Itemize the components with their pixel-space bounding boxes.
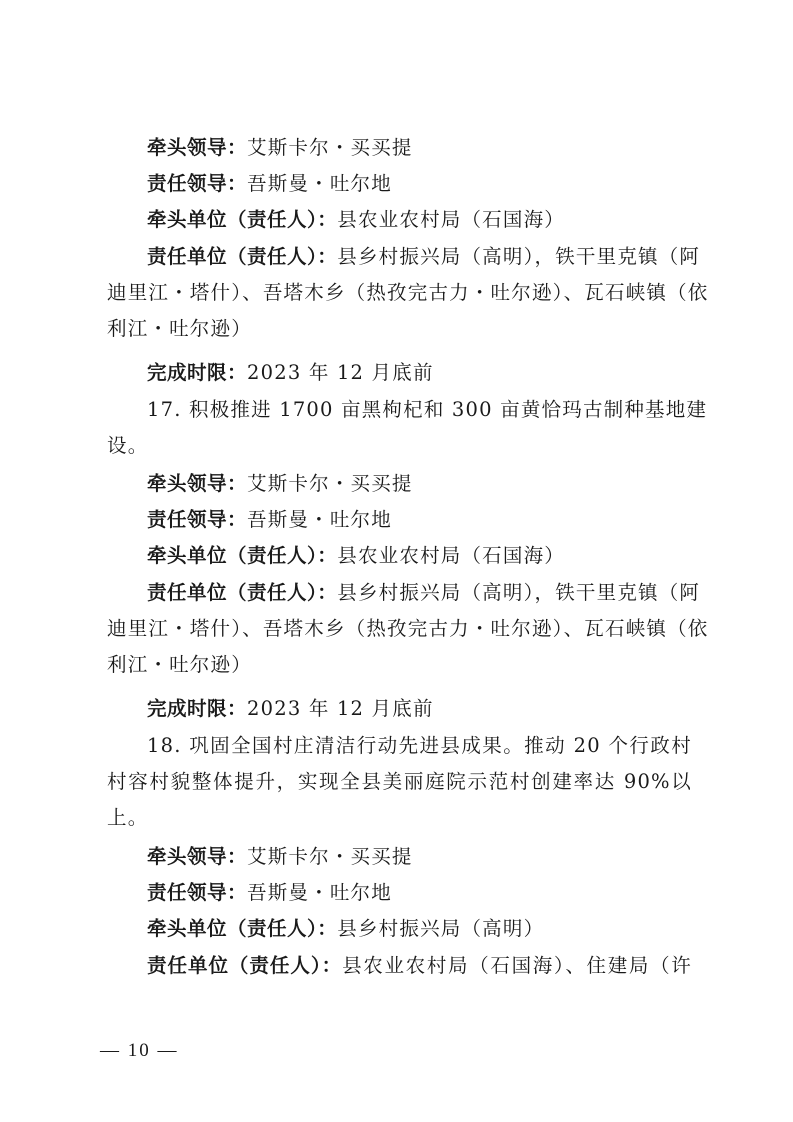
resp-unit-line: 责任单位（责任人）：县乡村振兴局（高明），铁干里克镇（阿 bbox=[147, 581, 692, 605]
lead-unit-label: 牵头单位（责任人）： bbox=[147, 917, 337, 940]
lead-leader-value: 艾斯卡尔・买买提 bbox=[247, 472, 413, 495]
page-number: — 10 — bbox=[100, 1040, 179, 1062]
resp-unit-continuation: 迪里江・塔什）、吾塔木乡（热孜完古力・吐尔逊）、瓦石峡镇（依 bbox=[107, 617, 692, 641]
lead-unit-label: 牵头单位（责任人）： bbox=[147, 208, 337, 231]
lead-unit-value: 县乡村振兴局（高明） bbox=[337, 917, 544, 940]
resp-unit-line: 责任单位（责任人）：县乡村振兴局（高明），铁干里克镇（阿 bbox=[147, 245, 692, 269]
lead-leader-label: 牵头领导： bbox=[147, 136, 247, 159]
deadline-line: 完成时限：2023 年 12 月底前 bbox=[147, 697, 434, 721]
item-18-text-continuation: 村容村貌整体提升，实现全县美丽庭院示范村创建率达 90%以 bbox=[107, 770, 692, 794]
resp-leader-line: 责任领导：吾斯曼・吐尔地 bbox=[147, 172, 392, 196]
deadline-label: 完成时限： bbox=[147, 697, 247, 720]
deadline-line: 完成时限：2023 年 12 月底前 bbox=[147, 361, 434, 385]
resp-unit-line: 责任单位（责任人）：县农业农村局（石国海）、住建局（许 bbox=[147, 954, 692, 978]
lead-unit-value: 县农业农村局（石国海） bbox=[337, 544, 565, 567]
lead-leader-line: 牵头领导：艾斯卡尔・买买提 bbox=[147, 472, 413, 496]
item-18-text: 18. 巩固全国村庄清洁行动先进县成果。推动 20 个行政村 bbox=[147, 734, 692, 758]
deadline-value: 2023 年 12 月底前 bbox=[247, 361, 434, 384]
deadline-value: 2023 年 12 月底前 bbox=[247, 697, 434, 720]
lead-leader-label: 牵头领导： bbox=[147, 845, 247, 868]
resp-unit-value: 县乡村振兴局（高明），铁干里克镇（阿 bbox=[337, 245, 700, 268]
lead-unit-line: 牵头单位（责任人）：县乡村振兴局（高明） bbox=[147, 917, 544, 941]
lead-unit-value: 县农业农村局（石国海） bbox=[337, 208, 565, 231]
resp-leader-label: 责任领导： bbox=[147, 881, 247, 904]
resp-leader-value: 吾斯曼・吐尔地 bbox=[247, 172, 392, 195]
resp-unit-continuation: 利江・吐尔逊） bbox=[107, 653, 252, 677]
resp-unit-label: 责任单位（责任人）： bbox=[147, 245, 337, 268]
resp-leader-line: 责任领导：吾斯曼・吐尔地 bbox=[147, 508, 392, 532]
item-18-text-continuation: 上。 bbox=[107, 806, 148, 830]
lead-leader-line: 牵头领导：艾斯卡尔・买买提 bbox=[147, 845, 413, 869]
resp-leader-value: 吾斯曼・吐尔地 bbox=[247, 881, 392, 904]
resp-leader-label: 责任领导： bbox=[147, 172, 247, 195]
item-17-text-continuation: 设。 bbox=[107, 434, 148, 458]
lead-leader-value: 艾斯卡尔・买买提 bbox=[247, 845, 413, 868]
lead-unit-line: 牵头单位（责任人）：县农业农村局（石国海） bbox=[147, 208, 565, 232]
resp-unit-value: 县乡村振兴局（高明），铁干里克镇（阿 bbox=[337, 581, 700, 604]
resp-unit-continuation: 利江・吐尔逊） bbox=[107, 317, 252, 341]
resp-leader-line: 责任领导：吾斯曼・吐尔地 bbox=[147, 881, 392, 905]
deadline-label: 完成时限： bbox=[147, 361, 247, 384]
resp-leader-label: 责任领导： bbox=[147, 508, 247, 531]
lead-leader-value: 艾斯卡尔・买买提 bbox=[247, 136, 413, 159]
resp-unit-label: 责任单位（责任人）： bbox=[147, 954, 342, 977]
lead-unit-line: 牵头单位（责任人）：县农业农村局（石国海） bbox=[147, 544, 565, 568]
resp-unit-value: 县农业农村局（石国海）、住建局（许 bbox=[342, 954, 692, 977]
lead-leader-label: 牵头领导： bbox=[147, 472, 247, 495]
resp-unit-label: 责任单位（责任人）： bbox=[147, 581, 337, 604]
lead-unit-label: 牵头单位（责任人）： bbox=[147, 544, 337, 567]
resp-unit-continuation: 迪里江・塔什）、吾塔木乡（热孜完古力・吐尔逊）、瓦石峡镇（依 bbox=[107, 281, 692, 305]
lead-leader-line: 牵头领导：艾斯卡尔・买买提 bbox=[147, 136, 413, 160]
resp-leader-value: 吾斯曼・吐尔地 bbox=[247, 508, 392, 531]
item-17-text: 17. 积极推进 1700 亩黑枸杞和 300 亩黄恰玛古制种基地建 bbox=[147, 398, 692, 422]
